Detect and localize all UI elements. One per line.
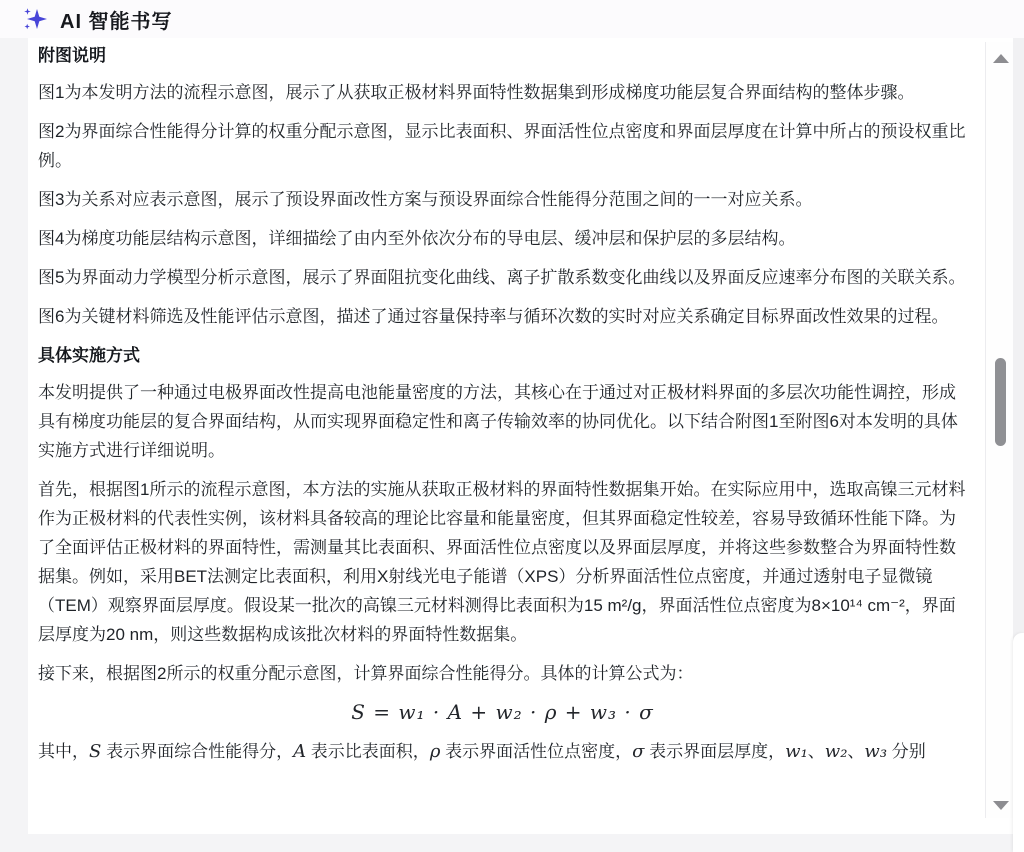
heading-figure-descriptions: 附图说明 — [38, 41, 967, 70]
body-paragraph-overview: 本发明提供了一种通过电极界面改性提高电池能量密度的方法，其核心在于通过对正极材料… — [38, 378, 967, 465]
scrollbar-thumb[interactable] — [995, 358, 1006, 446]
triangle-up-icon — [993, 54, 1009, 63]
figure-paragraph-3: 图3为关系对应表示意图，展示了预设界面改性方案与预设界面综合性能得分范围之间的一… — [38, 185, 967, 214]
scroll-up-button[interactable] — [986, 46, 1014, 72]
figure-paragraph-5: 图5为界面动力学模型分析示意图，展示了界面阻抗变化曲线、离子扩散系数变化曲线以及… — [38, 263, 967, 292]
triangle-down-icon — [993, 801, 1009, 810]
vertical-scrollbar[interactable] — [985, 42, 1013, 818]
right-edge-strip — [1013, 38, 1024, 852]
body-paragraph-step1: 首先，根据图1所示的流程示意图，本方法的实施从获取正极材料的界面特性数据集开始。… — [38, 475, 967, 649]
body-paragraph-symbol-definitions: 其中，S 表示界面综合性能得分，A 表示比表面积，ρ 表示界面活性位点密度，σ … — [38, 737, 967, 766]
formula-score-equation: S = w₁ · A + w₂ · ρ + w₃ · σ — [38, 698, 967, 727]
right-panel-corner — [1013, 633, 1024, 852]
figure-paragraph-4: 图4为梯度功能层结构示意图，详细描绘了由内至外依次分布的导电层、缓冲层和保护层的… — [38, 224, 967, 253]
document-editor-area[interactable]: 附图说明 图1为本发明方法的流程示意图，展示了从获取正极材料界面特性数据集到形成… — [38, 41, 967, 826]
app-header: AI 智能书写 — [0, 0, 1024, 38]
figure-paragraph-6: 图6为关键材料筛选及性能评估示意图，描述了通过容量保持率与循环次数的实时对应关系… — [38, 302, 967, 331]
app-title: AI 智能书写 — [60, 5, 173, 34]
figure-paragraph-2: 图2为界面综合性能得分计算的权重分配示意图，显示比表面积、界面活性位点密度和界面… — [38, 117, 967, 175]
page-root: AI 智能书写 附图说明 图1为本发明方法的流程示意图，展示了从获取正极材料界面… — [0, 0, 1024, 852]
document-panel: 附图说明 图1为本发明方法的流程示意图，展示了从获取正极材料界面特性数据集到形成… — [28, 38, 1013, 834]
scroll-down-button[interactable] — [986, 792, 1014, 818]
body-paragraph-step2: 接下来，根据图2所示的权重分配示意图，计算界面综合性能得分。具体的计算公式为： — [38, 659, 967, 688]
heading-implementation: 具体实施方式 — [38, 341, 967, 370]
figure-paragraph-1: 图1为本发明方法的流程示意图，展示了从获取正极材料界面特性数据集到形成梯度功能层… — [38, 78, 967, 107]
sparkle-icon — [22, 6, 48, 32]
